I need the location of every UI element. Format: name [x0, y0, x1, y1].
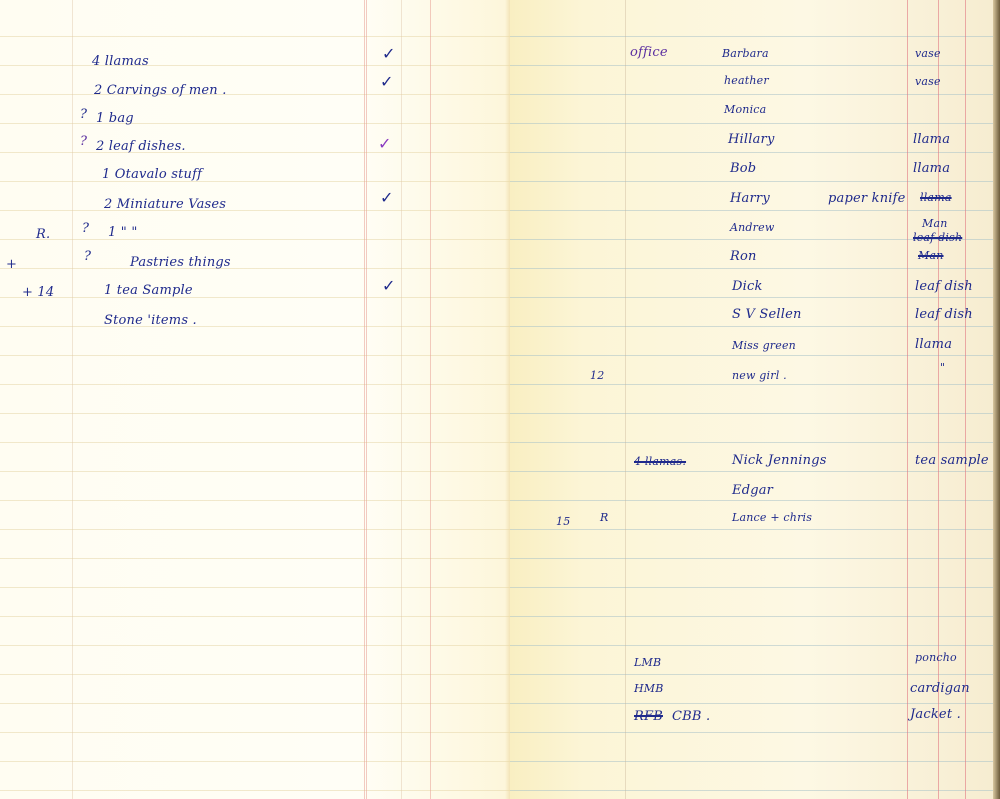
name: Ron	[730, 250, 757, 263]
margin-note: R.	[36, 228, 50, 241]
entry-query: ?	[84, 250, 91, 263]
name: CBB .	[672, 710, 710, 723]
item: Man	[922, 218, 948, 229]
entry-text: Pastries things	[130, 256, 231, 269]
column-line	[401, 0, 402, 799]
entry-text: 4 llamas	[92, 55, 149, 68]
name: Dick	[732, 280, 763, 293]
column-line	[965, 0, 966, 799]
entry-text: 2 leaf dishes.	[96, 140, 186, 153]
check-mark-icon: ✓	[380, 188, 393, 207]
name: Lance + chris	[732, 512, 812, 523]
entry-query: ?	[82, 222, 89, 235]
name: LMB	[634, 657, 661, 668]
name: new girl .	[732, 370, 787, 381]
item: Jacket .	[910, 708, 961, 721]
check-mark-icon: ✓	[382, 276, 395, 295]
item: llama	[915, 338, 952, 351]
page-edge	[993, 0, 1000, 799]
margin-note: 15	[556, 516, 570, 527]
ditto-mark: "	[940, 362, 945, 373]
name-struck: RFB	[634, 710, 663, 723]
name: Barbara	[722, 48, 769, 59]
office-label: office	[630, 46, 668, 59]
name: Andrew	[730, 222, 774, 233]
check-mark-icon: ✓	[382, 44, 395, 63]
entry-text: 1 Otavalo stuff	[102, 168, 202, 181]
item: llama	[913, 133, 950, 146]
item: leaf dish	[915, 280, 973, 293]
prefix-struck: 4 llamas.	[634, 456, 686, 467]
margin-note: + 14	[22, 286, 54, 299]
name: HMB	[634, 683, 664, 694]
entry-query: ?	[80, 135, 87, 148]
margin-line	[72, 0, 73, 799]
entry-text: 2 Miniature Vases	[104, 198, 226, 211]
name: Hillary	[728, 133, 775, 146]
check-mark-icon: ✓	[378, 134, 391, 153]
item: poncho	[915, 652, 957, 663]
item: vase	[915, 48, 941, 59]
right-page: office Barbara vase heather vase Monica …	[510, 0, 1000, 799]
column-line	[364, 0, 365, 799]
item: cardigan	[910, 682, 970, 695]
margin-mark: R	[600, 512, 608, 523]
entry-text: 1 " "	[108, 226, 138, 239]
name: Bob	[730, 162, 756, 175]
item: tea sample	[915, 454, 989, 467]
name: Edgar	[732, 484, 773, 497]
entry-query: ?	[80, 108, 87, 121]
name: S V Sellen	[732, 308, 802, 321]
margin-note: 12	[590, 370, 604, 381]
column-line	[366, 0, 367, 799]
item-struck: leaf dish	[913, 232, 962, 243]
column-line	[938, 0, 939, 799]
item-struck: llama	[920, 192, 952, 203]
item: leaf dish	[915, 308, 973, 321]
item: llama	[913, 162, 950, 175]
item: vase	[915, 76, 941, 87]
margin-note: +	[6, 258, 17, 271]
entry-text: 2 Carvings of men .	[94, 84, 227, 97]
name: Miss green	[732, 340, 796, 351]
check-mark-icon: ✓	[380, 72, 393, 91]
column-line	[907, 0, 908, 799]
name: Nick Jennings	[732, 454, 827, 467]
left-page: 4 llamas ✓ 2 Carvings of men . ✓ ? 1 bag…	[0, 0, 510, 799]
margin-line	[625, 0, 626, 799]
column-line	[430, 0, 431, 799]
name: Monica	[724, 104, 766, 115]
name: heather	[724, 75, 769, 86]
note: paper knife	[828, 192, 906, 205]
item-struck: Man	[918, 250, 944, 261]
entry-text: Stone 'items .	[104, 314, 197, 327]
name: Harry	[730, 192, 770, 205]
entry-text: 1 tea Sample	[104, 284, 193, 297]
entry-text: 1 bag	[96, 112, 134, 125]
